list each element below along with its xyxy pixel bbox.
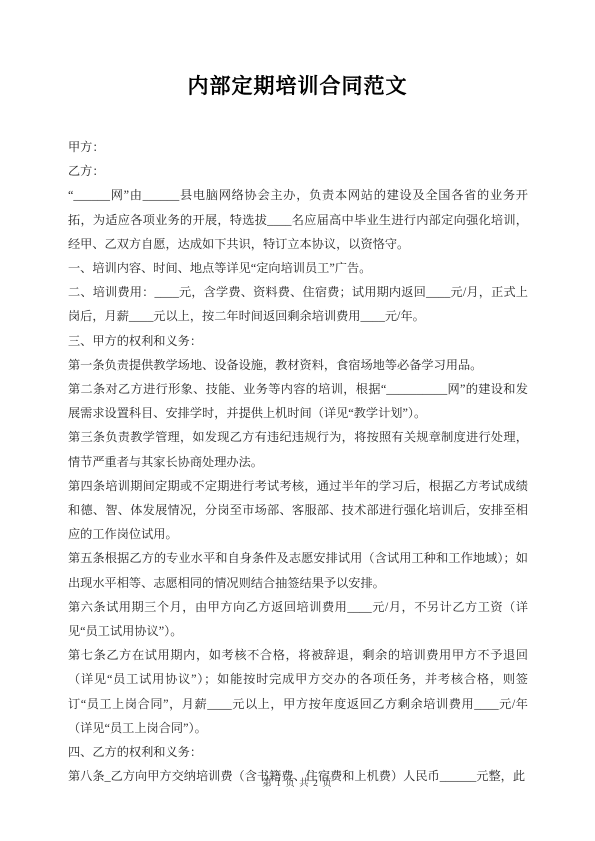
page-number-footer: 第 1 页 共 2 页 xyxy=(0,777,595,791)
paragraph: 乙方： xyxy=(68,159,528,183)
paragraph: 第七条乙方在试用期内，如考核不合格，将被辞退，剩余的培训费用甲方不予退回（详见“… xyxy=(68,643,528,740)
paragraph: 第三条负责教学管理，如发现乙方有违纪违规行为，将按照有关规章制度进行处理，情节严… xyxy=(68,425,528,473)
paragraph: 第一条负责提供教学场地、设备设施，教材资料，食宿场地等必备学习用品。 xyxy=(68,353,528,377)
paragraph: “______网”由______县电脑网络协会主办，负责本网站的建设及全国各省的… xyxy=(68,183,528,256)
paragraph: 二、培训费用：____元，含学费、资料费、住宿费；试用期内返回____元/月，正… xyxy=(68,280,528,328)
paragraph: 一、培训内容、时间、地点等详见“定向培训员工”广告。 xyxy=(68,256,528,280)
paragraph: 三、甲方的权利和义务： xyxy=(68,329,528,353)
paragraph: 四、乙方的权利和义务： xyxy=(68,740,528,764)
document-body: 甲方：乙方：“______网”由______县电脑网络协会主办，负责本网站的建设… xyxy=(68,135,528,788)
paragraph: 第四条培训期间定期或不定期进行考试考核，通过半年的学习后，根据乙方考试成绩和德、… xyxy=(68,474,528,547)
paragraph: 甲方： xyxy=(68,135,528,159)
document-page: 内部定期培训合同范文 甲方：乙方：“______网”由______县电脑网络协会… xyxy=(0,0,595,841)
paragraph: 第二条对乙方进行形象、技能、业务等内容的培训，根据“__________网”的建… xyxy=(68,377,528,425)
paragraph: 第六条试用期三个月，由甲方向乙方返回培训费用____元/月，不另计乙方工资（详见… xyxy=(68,595,528,643)
document-title: 内部定期培训合同范文 xyxy=(0,71,595,101)
paragraph: 第五条根据乙方的专业水平和自身条件及志愿安排试用（含试用工种和工作地域）；如出现… xyxy=(68,546,528,594)
